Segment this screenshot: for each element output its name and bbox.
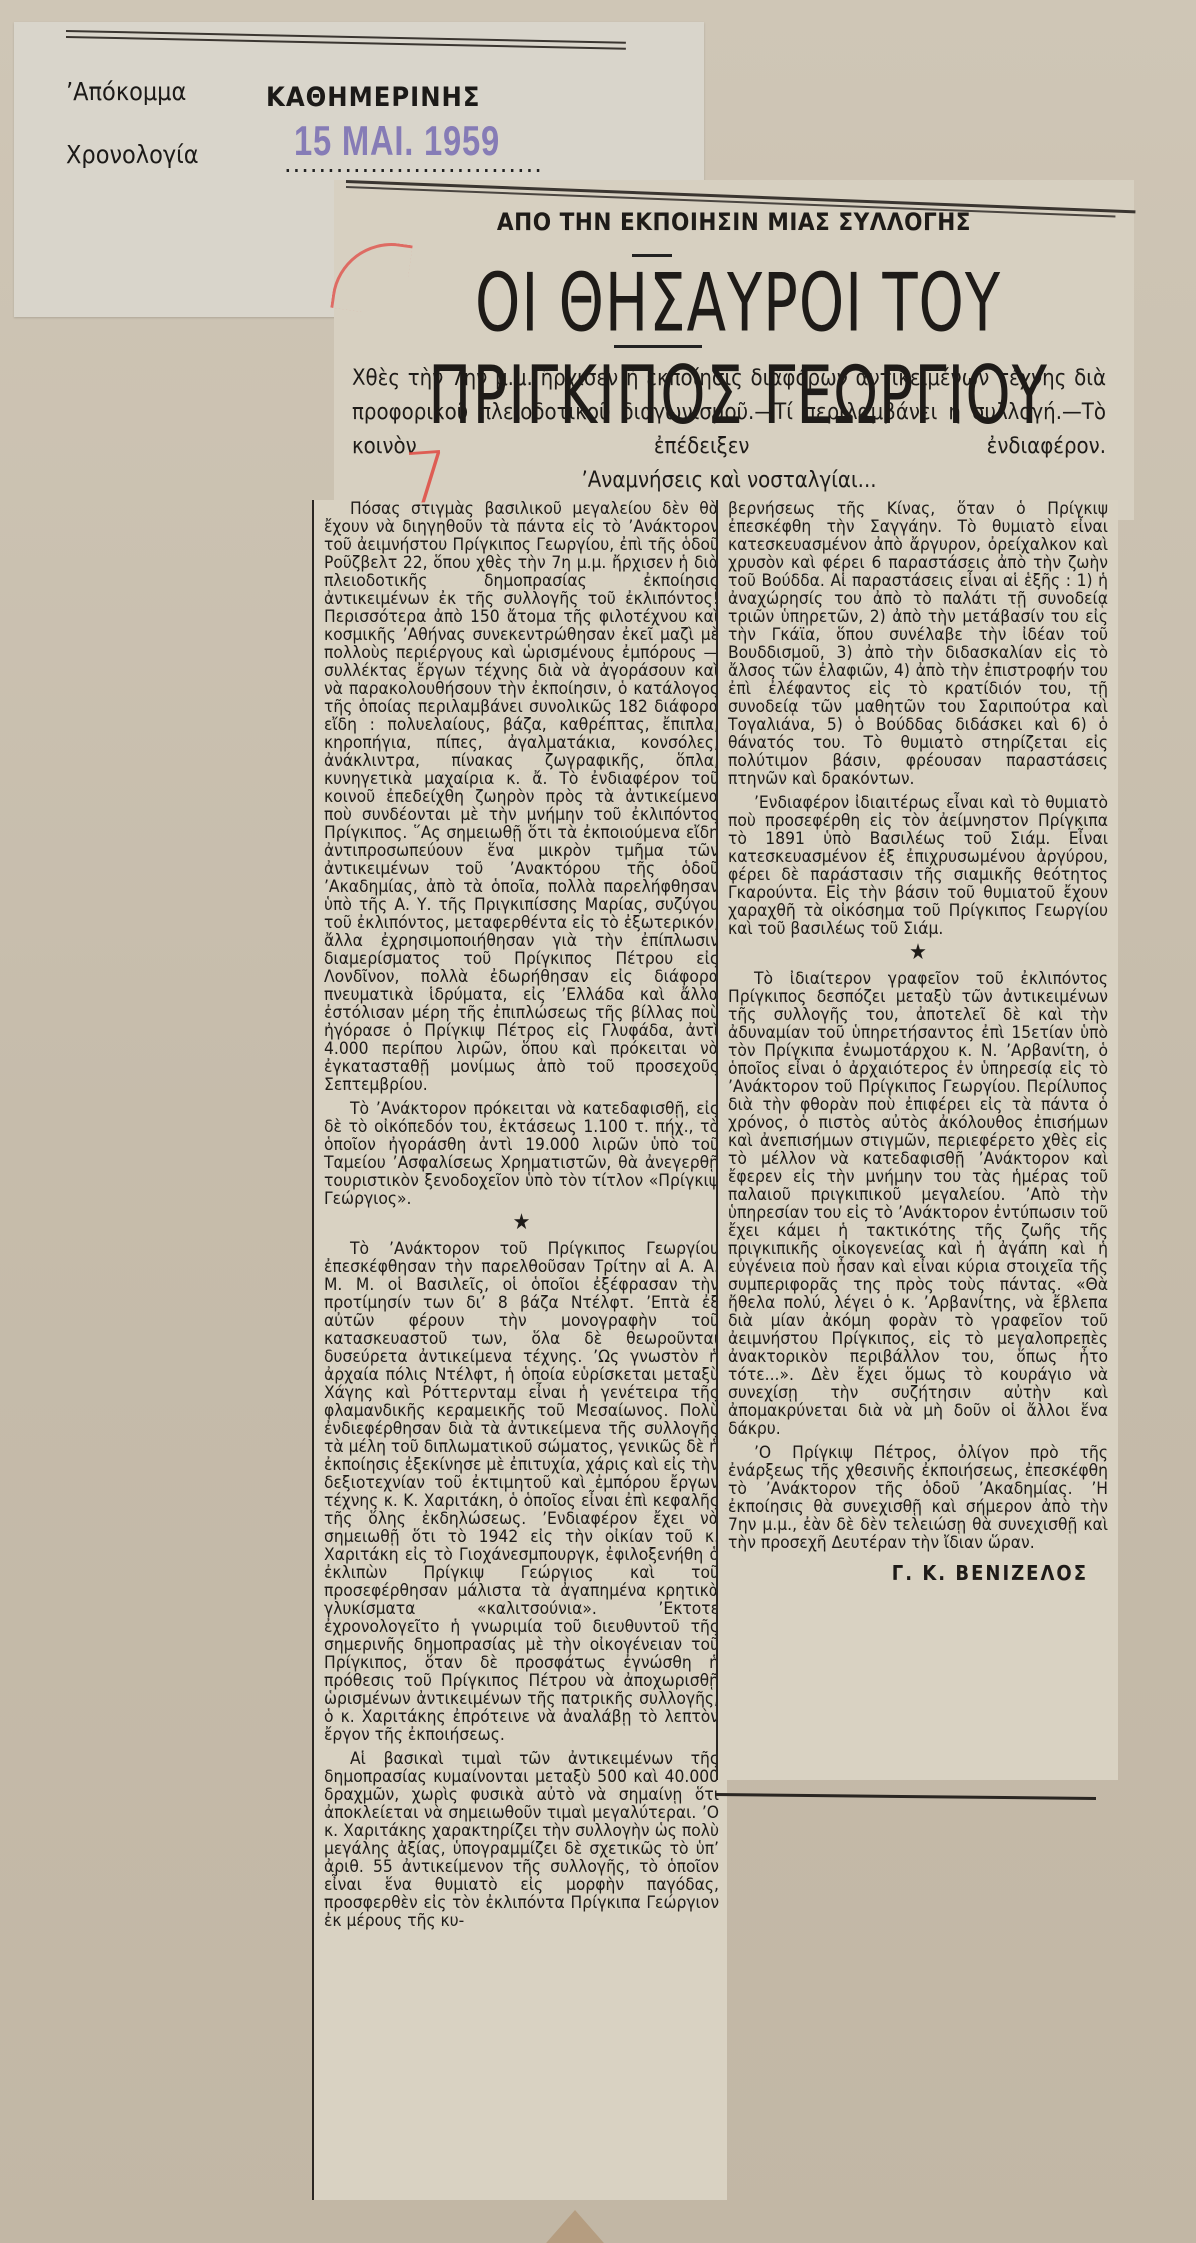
article-kicker: ΑΠΟ ΤΗΝ ΕΚΠΟΙΗΣΙΝ ΜΙΑΣ ΣΥΛΛΟΓΗΣ [334,208,1134,236]
section-star-divider: ★ [728,944,1108,962]
red-pencil-number-annotation: 7 [402,436,452,521]
left-paragraph-1: Πόσας στιγμὰς βασιλικοῦ μεγαλείου δὲν θὰ… [324,500,719,1094]
article-subhead: Χθὲς τὴν 7ην μ.μ. ἤρχισεν ἡ ἐκποίησις δι… [342,362,1116,498]
right-paragraph-4: ’Ο Πρίγκιψ Πέτρος, ὀλίγον πρὸ τῆς ἐνάρξε… [728,1444,1108,1552]
subhead-text: Χθὲς τὴν 7ην μ.μ. ἤρχισεν ἡ ἐκποίησις δι… [342,362,1116,464]
label-top-rule-2 [66,36,626,50]
article-right-column: βερνήσεως τῆς Κίνας, ὅταν ὁ Πρίγκιψ ἐπεσ… [716,500,1118,1780]
label-date-caption: Χρονολογία [66,140,199,169]
right-paragraph-1: βερνήσεως τῆς Κίνας, ὅταν ὁ Πρίγκιψ ἐπεσ… [728,500,1108,788]
left-paragraph-2: Τὸ ’Ανάκτορον πρόκειται νὰ κατεδαφισθῇ, … [324,1100,719,1208]
date-stamp: 15 MAI. 1959 [294,117,500,165]
headline-overline [632,254,672,257]
article-end-rule [716,1793,1096,1800]
label-clipping-caption: ’Απόκομμα [66,77,186,106]
section-star-divider: ★ [324,1214,719,1232]
article-byline: Γ. Κ. ΒΕΝΙΖΕΛΟΣ [728,1564,1108,1582]
mount-corner-tab [540,2210,610,2243]
headline-underline [614,345,702,348]
right-paragraph-2: ’Ενδιαφέρον ἰδιαιτέρως εἶναι καὶ τὸ θυμι… [728,794,1108,938]
article-header-clipping: ΑΠΟ ΤΗΝ ΕΚΠΟΙΗΣΙΝ ΜΙΑΣ ΣΥΛΛΟΓΗΣ ΟΙ ΘΗΣΑΥ… [334,180,1134,520]
subhead-last-line: ’Αναμνήσεις καὶ νοσταλγίαι... [342,464,1116,498]
right-paragraph-3: Τὸ ἰδιαίτερον γραφεῖον τοῦ ἐκλιπόντος Πρ… [728,970,1108,1438]
left-paragraph-4: Αἱ βασικαὶ τιμαὶ τῶν ἀντικειμένων τῆς δη… [324,1750,719,1930]
article-left-column: Πόσας στιγμὰς βασιλικοῦ μεγαλείου δὲν θὰ… [312,500,727,2200]
left-paragraph-3: Τὸ ’Ανάκτορον τοῦ Πρίγκιπος Γεωργίου ἐπε… [324,1240,719,1744]
label-newspaper-name: ΚΑΘΗΜΕΡΙΝΗΣ [266,82,480,113]
